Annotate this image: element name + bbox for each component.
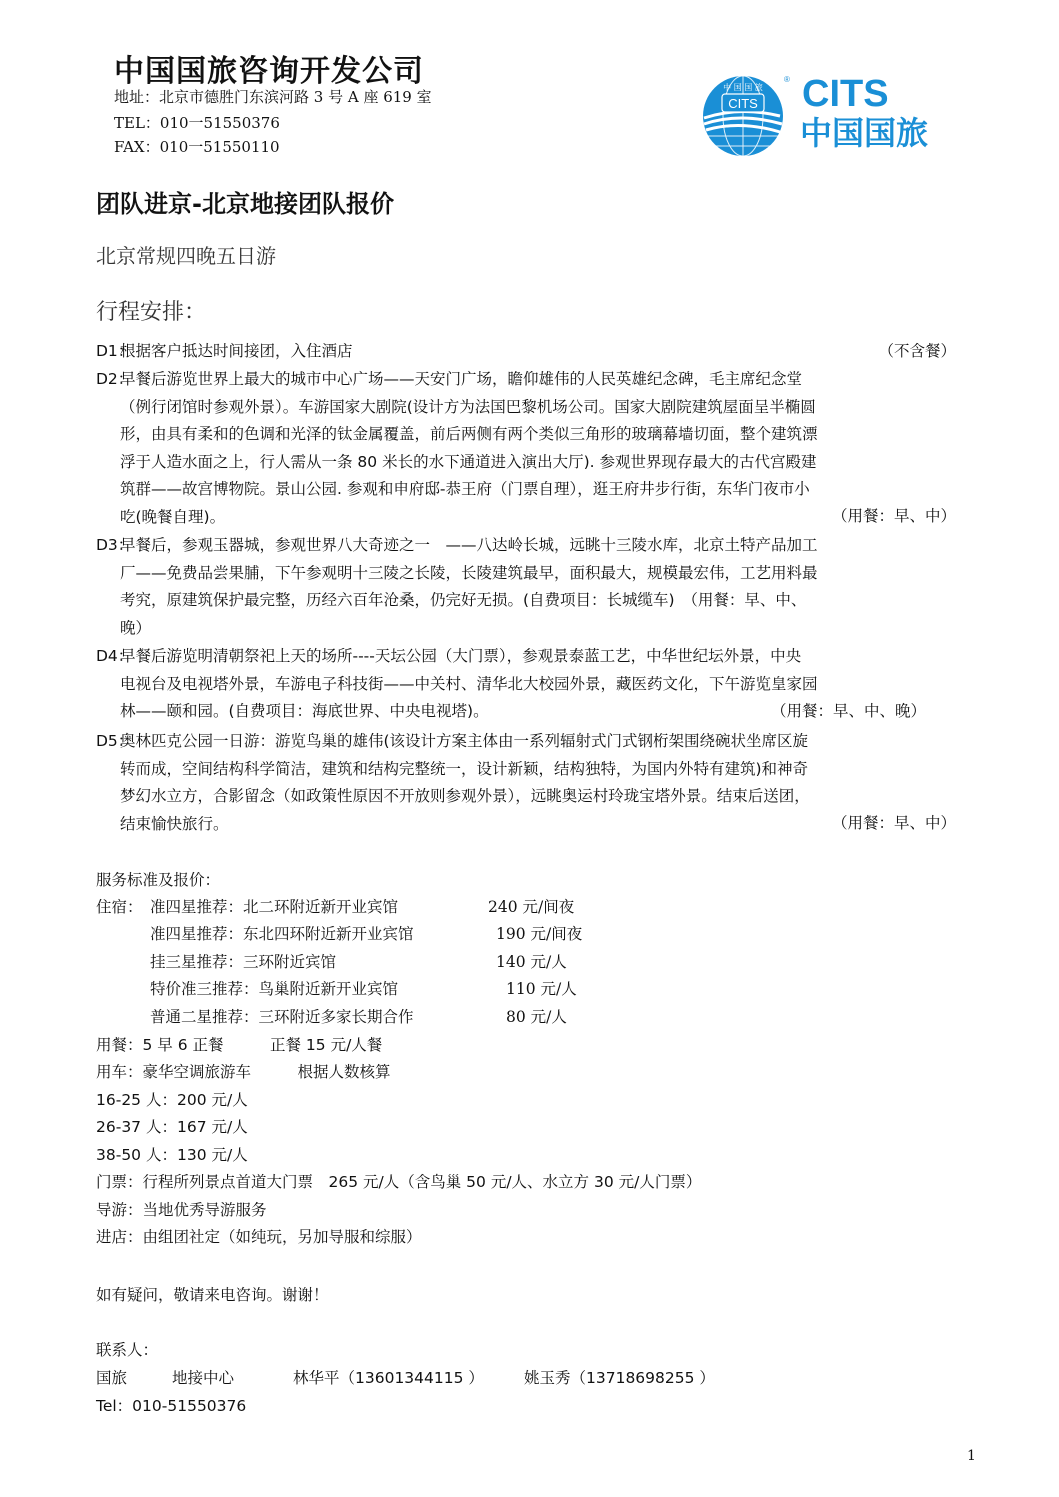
itinerary-day-1: D1： 根据客户抵达时间接团，入住酒店 （不含餐） [96, 338, 986, 366]
meal-note: （用餐：早、中、晚） [771, 698, 926, 726]
lodging-name: 准四星推荐：东北四环附近新开业宾馆 [150, 925, 414, 943]
guide-info: 导游：当地优秀导游服务 [96, 1198, 267, 1220]
globe-emblem-icon: CITS 中 国 国 旅 ® CITS 中国国旅 [700, 66, 960, 166]
svg-text:®: ® [784, 75, 790, 84]
vehicle-rate: 26-37 人：167 元/人 [96, 1115, 248, 1137]
lodging-name: 普通二星推荐：三环附近多家长期合作 [150, 1008, 414, 1026]
closing-note: 如有疑问，敬请来电咨询。谢谢！ [96, 1283, 329, 1305]
lodging-price: 240 元/间夜 [488, 895, 574, 917]
lodging-name: 挂三星推荐：三环附近宾馆 [150, 953, 336, 971]
contact-person-1: 林华平（13601344115 ） [293, 1366, 484, 1388]
meal-note: （不含餐） [878, 338, 956, 366]
page-number: 1 [967, 1448, 976, 1464]
lodging-name: 准四星推荐：北二环附近新开业宾馆 [150, 898, 398, 916]
lodging-option: 挂三星推荐：三环附近宾馆 140 元/人 [150, 950, 336, 972]
contact-person-2: 姚玉秀（13718698255 ） [524, 1366, 715, 1388]
lodging-price: 110 元/人 [506, 977, 577, 999]
meals-info: 用餐：5 早 6 正餐 正餐 15 元/人餐 [96, 1033, 382, 1055]
lodging-name: 特价准三推荐：鸟巢附近新开业宾馆 [150, 980, 398, 998]
lodging-label: 住宿： [96, 895, 143, 917]
day-text-line: （例行闭馆时参观外景）。车游国家大剧院(设计方为法国巴黎机场公司。国家大剧院建筑… [120, 394, 986, 422]
contact-dept: 地接中心 [172, 1366, 234, 1388]
company-name: 中国国旅咨询开发公司 [114, 46, 424, 90]
page-title: 团队进京-北京地接团队报价 [96, 184, 394, 219]
tour-subtitle: 北京常规四晚五日游 [96, 240, 276, 269]
itinerary-day-5: D5： 奥林匹克公园一日游：游览鸟巢的雄伟(该设计方案主体由一系列辐射式门式钢桁… [96, 728, 986, 838]
svg-text:CITS: CITS [802, 73, 889, 115]
itinerary-heading: 行程安排： [96, 295, 206, 326]
lodging-option: 准四星推荐：东北四环附近新开业宾馆 190 元/间夜 [150, 922, 414, 944]
day-text-line: 转而成，空间结构科学简洁，建筑和结构完整统一，设计新颖，结构独特，为国内外特有建… [120, 756, 986, 784]
company-fax: FAX：010一51550110 [114, 136, 280, 157]
itinerary-day-2: D2： 早餐后游览世界上最大的城市中心广场——天安门广场，瞻仰雄伟的人民英雄纪念… [96, 366, 986, 531]
meal-note: （用餐：早、中） [832, 810, 956, 838]
day-text-line: 根据客户抵达时间接团，入住酒店 [120, 338, 986, 366]
itinerary-day-4: D4： 早餐后游览明清朝祭祀上天的场所----天坛公园（大门票），参观景泰蓝工艺… [96, 643, 986, 726]
services-heading: 服务标准及报价： [96, 868, 220, 890]
svg-text:CITS: CITS [728, 96, 758, 111]
day-text-line: 浮于人造水面之上，行人需从一条 80 米长的水下通道进入演出大厅). 参观世界现… [120, 449, 986, 477]
vehicle-rate: 16-25 人：200 元/人 [96, 1088, 248, 1110]
company-tel: TEL：010一51550376 [114, 112, 280, 133]
vehicle-rate: 38-50 人：130 元/人 [96, 1143, 248, 1165]
day-text-line: 早餐后，参观玉器城，参观世界八大奇迹之一 ——八达岭长城，远眺十三陵水库，北京土… [120, 532, 986, 560]
shopping-info: 进店：由组团社定（如纯玩，另加导服和综服） [96, 1225, 422, 1247]
day-text-line: 电视台及电视塔外景，车游电子科技街——中关村、清华北大校园外景，藏医药文化，下午… [120, 671, 986, 699]
lodging-option: 普通二星推荐：三环附近多家长期合作 80 元/人 [150, 1005, 414, 1027]
lodging-price: 140 元/人 [496, 950, 567, 972]
lodging-option: 准四星推荐：北二环附近新开业宾馆 240 元/间夜 [150, 895, 398, 917]
contact-org: 国旅 [96, 1366, 127, 1388]
lodging-price: 80 元/人 [506, 1005, 567, 1027]
contact-heading: 联系人： [96, 1338, 158, 1360]
day-text-line: 厂——免费品尝果脯，下午参观明十三陵之长陵，长陵建筑最早，面积最大，规模最宏伟，… [120, 560, 986, 588]
lodging-option: 特价准三推荐：鸟巢附近新开业宾馆 110 元/人 [150, 977, 398, 999]
day-text-line: 早餐后游览明清朝祭祀上天的场所----天坛公园（大门票），参观景泰蓝工艺，中华世… [120, 643, 986, 671]
meal-note: （用餐：早、中） [832, 503, 956, 531]
tickets-info: 门票：行程所列景点首道大门票 265 元/人（含鸟巢 50 元/人、水立方 30… [96, 1170, 701, 1192]
day-text-line: 考究，原建筑保护最完整，历经六百年沧桑，仍完好无损。(自费项目：长城缆车) （用… [120, 587, 986, 615]
day-text-line: 晚） [120, 615, 986, 643]
day-text-line: 梦幻水立方，合影留念（如政策性原因不开放则参观外景），远眺奥运村玲珑宝塔外景。结… [120, 783, 986, 811]
day-text-line: 奥林匹克公园一日游：游览鸟巢的雄伟(该设计方案主体由一系列辐射式门式钢桁架围绕碗… [120, 728, 986, 756]
vehicle-info: 用车：豪华空调旅游车 根据人数核算 [96, 1060, 391, 1082]
day-text-line: 形，由具有柔和的色调和光泽的钛金属覆盖，前后两侧有两个类似三角形的玻璃幕墙切面，… [120, 421, 986, 449]
cits-logo: CITS 中 国 国 旅 ® CITS 中国国旅 [700, 66, 960, 166]
lodging-price: 190 元/间夜 [496, 922, 582, 944]
svg-text:中 国 国 旅: 中 国 国 旅 [723, 82, 763, 92]
itinerary-day-3: D3： 早餐后，参观玉器城，参观世界八大奇迹之一 ——八达岭长城，远眺十三陵水库… [96, 532, 986, 642]
contact-tel: Tel：010-51550376 [96, 1394, 246, 1416]
company-address: 地址：北京市德胜门东滨河路 3 号 A 座 619 室 [114, 86, 432, 107]
day-text-line: 筑群——故宫博物院。景山公园. 参观和申府邸-恭王府（门票自理），逛王府井步行街… [120, 476, 986, 504]
svg-text:中国国旅: 中国国旅 [800, 114, 928, 152]
day-text-line: 早餐后游览世界上最大的城市中心广场——天安门广场，瞻仰雄伟的人民英雄纪念碑，毛主… [120, 366, 986, 394]
